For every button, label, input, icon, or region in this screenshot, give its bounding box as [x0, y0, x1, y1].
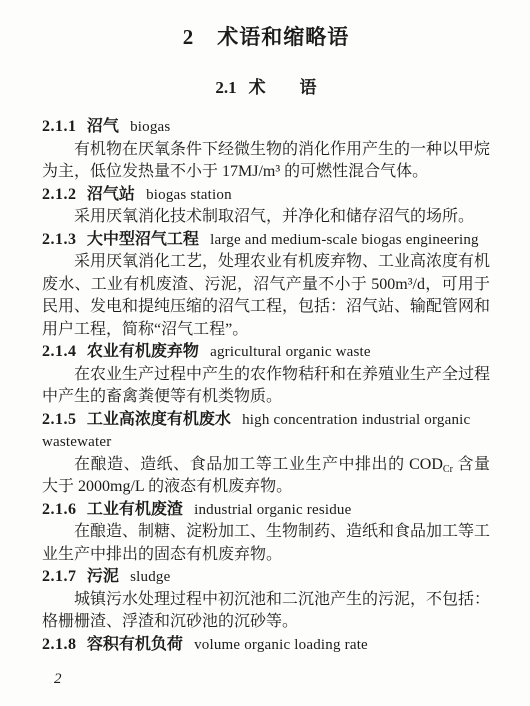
entry-number: 2.1.4 [42, 343, 77, 360]
entry-term-en: biogas [130, 119, 170, 135]
term-entry-2-1-8: 2.1.8容积有机负荷volume organic loading rate [42, 634, 490, 657]
chapter-title-text: 术语和缩略语 [217, 25, 349, 49]
entry-heading: 2.1.5工业高浓度有机废水high concentration industr… [42, 409, 490, 454]
document-page: 2术语和缩略语 2.1术 语 2.1.1沼气biogas 有机物在厌氧条件下经微… [0, 0, 530, 706]
entry-heading: 2.1.7污泥sludge [42, 566, 490, 589]
entry-term-zh: 沼气 [87, 118, 119, 135]
entry-term-en: biogas station [146, 187, 232, 203]
entry-term-en: agricultural organic waste [210, 344, 371, 360]
entry-term-zh: 污泥 [87, 568, 119, 585]
term-entry-2-1-3: 2.1.3大中型沼气工程large and medium-scale bioga… [42, 229, 490, 342]
page-number: 2 [54, 668, 62, 691]
entry-definition: 在酿造、造纸、食品加工等工业生产中排出的 CODCr 含量大于 2000mg/L… [42, 454, 490, 499]
section-title: 2.1术 语 [42, 76, 490, 100]
entry-term-zh: 大中型沼气工程 [87, 231, 199, 248]
term-entry-2-1-1: 2.1.1沼气biogas 有机物在厌氧条件下经微生物的消化作用产生的一种以甲烷… [42, 116, 490, 184]
entry-number: 2.1.2 [42, 186, 77, 203]
entry-number: 2.1.7 [42, 568, 77, 585]
entry-heading: 2.1.1沼气biogas [42, 116, 490, 139]
entry-heading: 2.1.4农业有机废弃物agricultural organic waste [42, 341, 490, 364]
term-entry-2-1-2: 2.1.2沼气站biogas station 采用厌氧消化技术制取沼气，并净化和… [42, 184, 490, 229]
entry-heading: 2.1.2沼气站biogas station [42, 184, 490, 207]
entry-term-zh: 沼气站 [87, 186, 135, 203]
entry-heading: 2.1.8容积有机负荷volume organic loading rate [42, 634, 490, 657]
entry-number: 2.1.3 [42, 231, 77, 248]
section-number: 2.1 [215, 78, 236, 97]
entry-term-zh: 容积有机负荷 [87, 636, 183, 653]
definition-text: 在酿造、造纸、食品加工等工业生产中排出的 COD [74, 456, 443, 473]
entry-term-en: industrial organic residue [194, 502, 351, 518]
entry-term-en: volume organic loading rate [194, 637, 368, 653]
entry-definition: 城镇污水处理过程中初沉池和二沉池产生的污泥，不包括：格栅栅渣、浮渣和沉砂池的沉砂… [42, 589, 490, 634]
term-entry-2-1-5: 2.1.5工业高浓度有机废水high concentration industr… [42, 409, 490, 499]
entry-definition: 采用厌氧消化工艺，处理农业有机废弃物、工业高浓度有机废水、工业有机废渣、污泥，沼… [42, 251, 490, 341]
entry-heading: 2.1.3大中型沼气工程large and medium-scale bioga… [42, 229, 490, 252]
chapter-number: 2 [183, 25, 195, 49]
entry-term-zh: 农业有机废弃物 [87, 343, 199, 360]
entry-definition: 采用厌氧消化技术制取沼气，并净化和储存沼气的场所。 [42, 206, 490, 229]
entry-term-en: sludge [130, 569, 170, 585]
entry-number: 2.1.5 [42, 411, 77, 428]
entry-number: 2.1.1 [42, 118, 77, 135]
entry-term-zh: 工业有机废渣 [87, 501, 183, 518]
entry-term-en: large and medium-scale biogas engineerin… [210, 232, 479, 248]
chapter-title: 2术语和缩略语 [42, 22, 490, 52]
entry-term-zh: 工业高浓度有机废水 [87, 411, 231, 428]
section-title-text: 术 语 [249, 78, 317, 97]
entry-heading: 2.1.6工业有机废渣industrial organic residue [42, 499, 490, 522]
cod-subscript: Cr [443, 464, 453, 475]
entry-number: 2.1.6 [42, 501, 77, 518]
entry-definition: 有机物在厌氧条件下经微生物的消化作用产生的一种以甲烷为主，低位发热量不小于 17… [42, 139, 490, 184]
term-entry-2-1-4: 2.1.4农业有机废弃物agricultural organic waste 在… [42, 341, 490, 409]
entry-number: 2.1.8 [42, 636, 77, 653]
term-entry-2-1-6: 2.1.6工业有机废渣industrial organic residue 在酿… [42, 499, 490, 567]
entry-definition: 在酿造、制糖、淀粉加工、生物制药、造纸和食品加工等工业生产中排出的固态有机废弃物… [42, 521, 490, 566]
term-entry-2-1-7: 2.1.7污泥sludge 城镇污水处理过程中初沉池和二沉池产生的污泥，不包括：… [42, 566, 490, 634]
entry-definition: 在农业生产过程中产生的农作物秸秆和在养殖业生产全过程中产生的畜禽粪便等有机类物质… [42, 364, 490, 409]
